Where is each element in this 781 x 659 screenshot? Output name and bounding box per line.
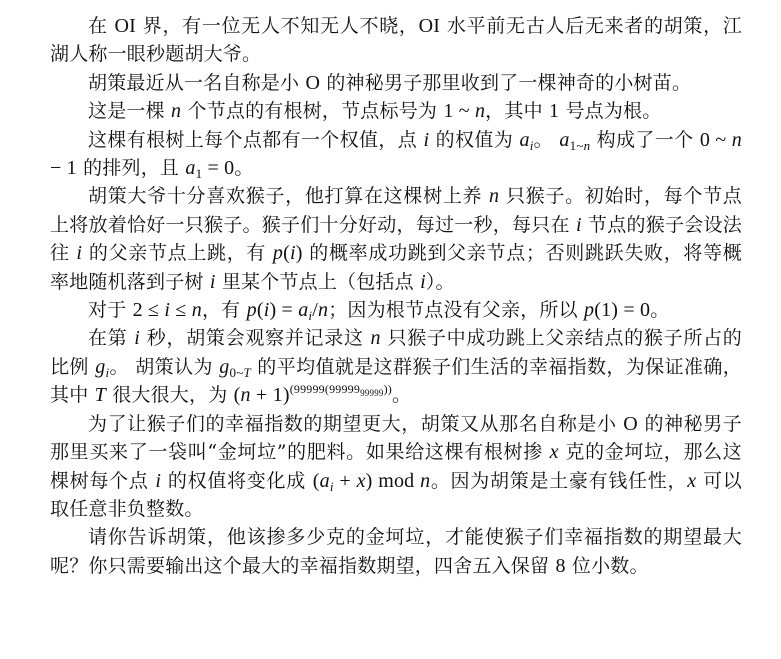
problem-statement: 在 OI 界，有一位无人不知无人不晓，OI 水平前无古人后无来者的胡策，江湖人称… xyxy=(50,12,742,580)
text-segment: 里某个节点上（包括点 xyxy=(216,271,420,293)
paragraph-sapling: 胡策最近从一名自称是小 O 的神秘男子那里收到了一棵神奇的小树苗。 xyxy=(50,69,742,97)
math-segment: 1 xyxy=(549,100,559,122)
math-segment: OI xyxy=(419,15,441,37)
text-segment: 对于 xyxy=(88,299,133,321)
text-segment: 构成了一个 xyxy=(590,129,700,151)
text-segment: ，其中 xyxy=(485,100,549,122)
math-segment: a xyxy=(320,470,330,492)
math-segment: + 1) xyxy=(251,384,290,406)
math-segment: ( xyxy=(234,384,241,406)
text-segment: 秒，胡策会观察并记录这 xyxy=(140,327,371,349)
text-segment: 这是一棵 xyxy=(88,100,171,122)
text-segment: 。 xyxy=(534,129,560,151)
math-segment: n xyxy=(475,100,485,122)
text-segment: 。 xyxy=(650,299,669,321)
math-segment: ) mod xyxy=(366,470,420,492)
math-segment: T xyxy=(243,365,250,380)
math-segment: 0~ xyxy=(230,365,244,380)
math-segment: ( xyxy=(257,299,264,321)
math-segment: n xyxy=(318,299,328,321)
text-segment: 胡策最近从一名自称是小 xyxy=(88,72,305,94)
text-segment: 。 xyxy=(392,384,411,406)
math-segment: 2 ≤ xyxy=(133,299,165,321)
math-segment: n xyxy=(371,327,381,349)
math-segment: )) xyxy=(384,382,392,396)
text-segment: 的权值为 xyxy=(429,129,519,151)
paragraph-fertilizer: 为了让猴子们的幸福指数的期望更大，胡策又从那名自称是小 O 的神秘男子那里买来了… xyxy=(50,410,742,524)
math-segment: 8 xyxy=(555,555,565,577)
math-segment: (1) = 0 xyxy=(594,299,650,321)
math-segment: p xyxy=(273,242,283,264)
math-segment: a xyxy=(519,129,529,151)
math-segment: (99999(99999 xyxy=(290,382,360,396)
math-segment: ) = xyxy=(269,299,298,321)
math-segment: p xyxy=(584,299,594,321)
math-segment: ( xyxy=(283,242,290,264)
paragraph-intro: 在 OI 界，有一位无人不知无人不晓，OI 水平前无古人后无来者的胡策，江湖人称… xyxy=(50,12,742,69)
text-segment: 。因为胡策是土豪有钱任性， xyxy=(430,470,687,492)
text-segment: 号点为根。 xyxy=(559,100,661,122)
text-segment: 的神秘男子那里收到了一棵神奇的小树苗。 xyxy=(320,72,691,94)
text-segment: 。 xyxy=(234,157,253,179)
text-segment: 界，有一位无人不知无人不晓， xyxy=(136,15,419,37)
paragraph-weights: 这棵有根树上每个点都有一个权值，点 i 的权值为 ai。 a1~n 构成了一个 … xyxy=(50,126,742,183)
text-segment: ，有 xyxy=(202,299,247,321)
text-segment: 个节点的有根树，节点标号为 xyxy=(181,100,443,122)
paragraph-question: 请你告诉胡策，他该掺多少克的金坷垃，才能使猴子们幸福指数的期望最大呢？你只需要输… xyxy=(50,523,742,580)
text-segment: 在 xyxy=(88,15,114,37)
math-segment: ( xyxy=(313,470,320,492)
math-segment: a xyxy=(559,129,569,151)
math-segment: x xyxy=(687,470,696,492)
text-segment: 这棵有根树上每个点都有一个权值，点 xyxy=(88,129,423,151)
math-segment: 1 ~ xyxy=(443,100,475,122)
math-segment: n xyxy=(241,384,251,406)
math-segment: OI xyxy=(114,15,136,37)
text-segment: 的权值将变化成 xyxy=(161,470,313,492)
text-segment: 很大很大，为 xyxy=(106,384,234,406)
text-segment: 的父亲节点上跳，有 xyxy=(82,242,273,264)
math-segment: n xyxy=(192,299,202,321)
math-segment: x xyxy=(357,470,366,492)
math-segment: g xyxy=(95,356,105,378)
text-segment: 胡策大爷十分喜欢猴子，他打算在这棵树上养 xyxy=(88,185,489,207)
paragraph-monkeys: 胡策大爷十分喜欢猴子，他打算在这棵树上养 n 只猴子。初始时，每个节点上将放着恰… xyxy=(50,182,742,296)
math-segment: − 1 xyxy=(50,157,77,179)
math-segment: n xyxy=(171,100,181,122)
text-segment: 。 胡策认为 xyxy=(109,356,219,378)
math-segment: 1~ xyxy=(570,138,584,153)
math-segment: a xyxy=(298,299,308,321)
paragraph-happiness: 在第 i 秒，胡策会观察并记录这 n 只猴子中成功跳上父亲结点的猴子所占的比例 … xyxy=(50,324,742,409)
math-segment: n xyxy=(420,470,430,492)
math-segment: ) xyxy=(296,242,303,264)
paragraph-probability: 对于 2 ≤ i ≤ n，有 p(i) = ai/n；因为根节点没有父亲，所以 … xyxy=(50,296,742,324)
math-segment: x xyxy=(550,441,559,463)
math-segment: O xyxy=(305,72,320,94)
math-segment: = 0 xyxy=(202,157,234,179)
text-segment: 位小数。 xyxy=(566,555,649,577)
math-segment: O xyxy=(623,413,638,435)
math-segment: 99999 xyxy=(360,388,384,398)
text-segment: ）。 xyxy=(426,271,455,293)
paragraph-tree-def: 这是一棵 n 个节点的有根树，节点标号为 1 ~ n，其中 1 号点为根。 xyxy=(50,97,742,125)
text-segment: ；因为根节点没有父亲，所以 xyxy=(328,299,584,321)
text-segment: 在第 xyxy=(88,327,134,349)
math-segment: p xyxy=(247,299,257,321)
math-segment: ≤ xyxy=(170,299,192,321)
text-segment: 的排列，且 xyxy=(77,157,185,179)
math-segment: + xyxy=(334,470,357,492)
math-segment: n xyxy=(732,129,742,151)
math-segment: a xyxy=(185,157,195,179)
math-segment: g xyxy=(219,356,229,378)
text-segment: 为了让猴子们的幸福指数的期望更大，胡策又从那名自称是小 xyxy=(88,413,623,435)
math-segment: 0 ~ xyxy=(700,129,732,151)
math-segment: T xyxy=(95,384,106,406)
math-segment: n xyxy=(489,185,499,207)
